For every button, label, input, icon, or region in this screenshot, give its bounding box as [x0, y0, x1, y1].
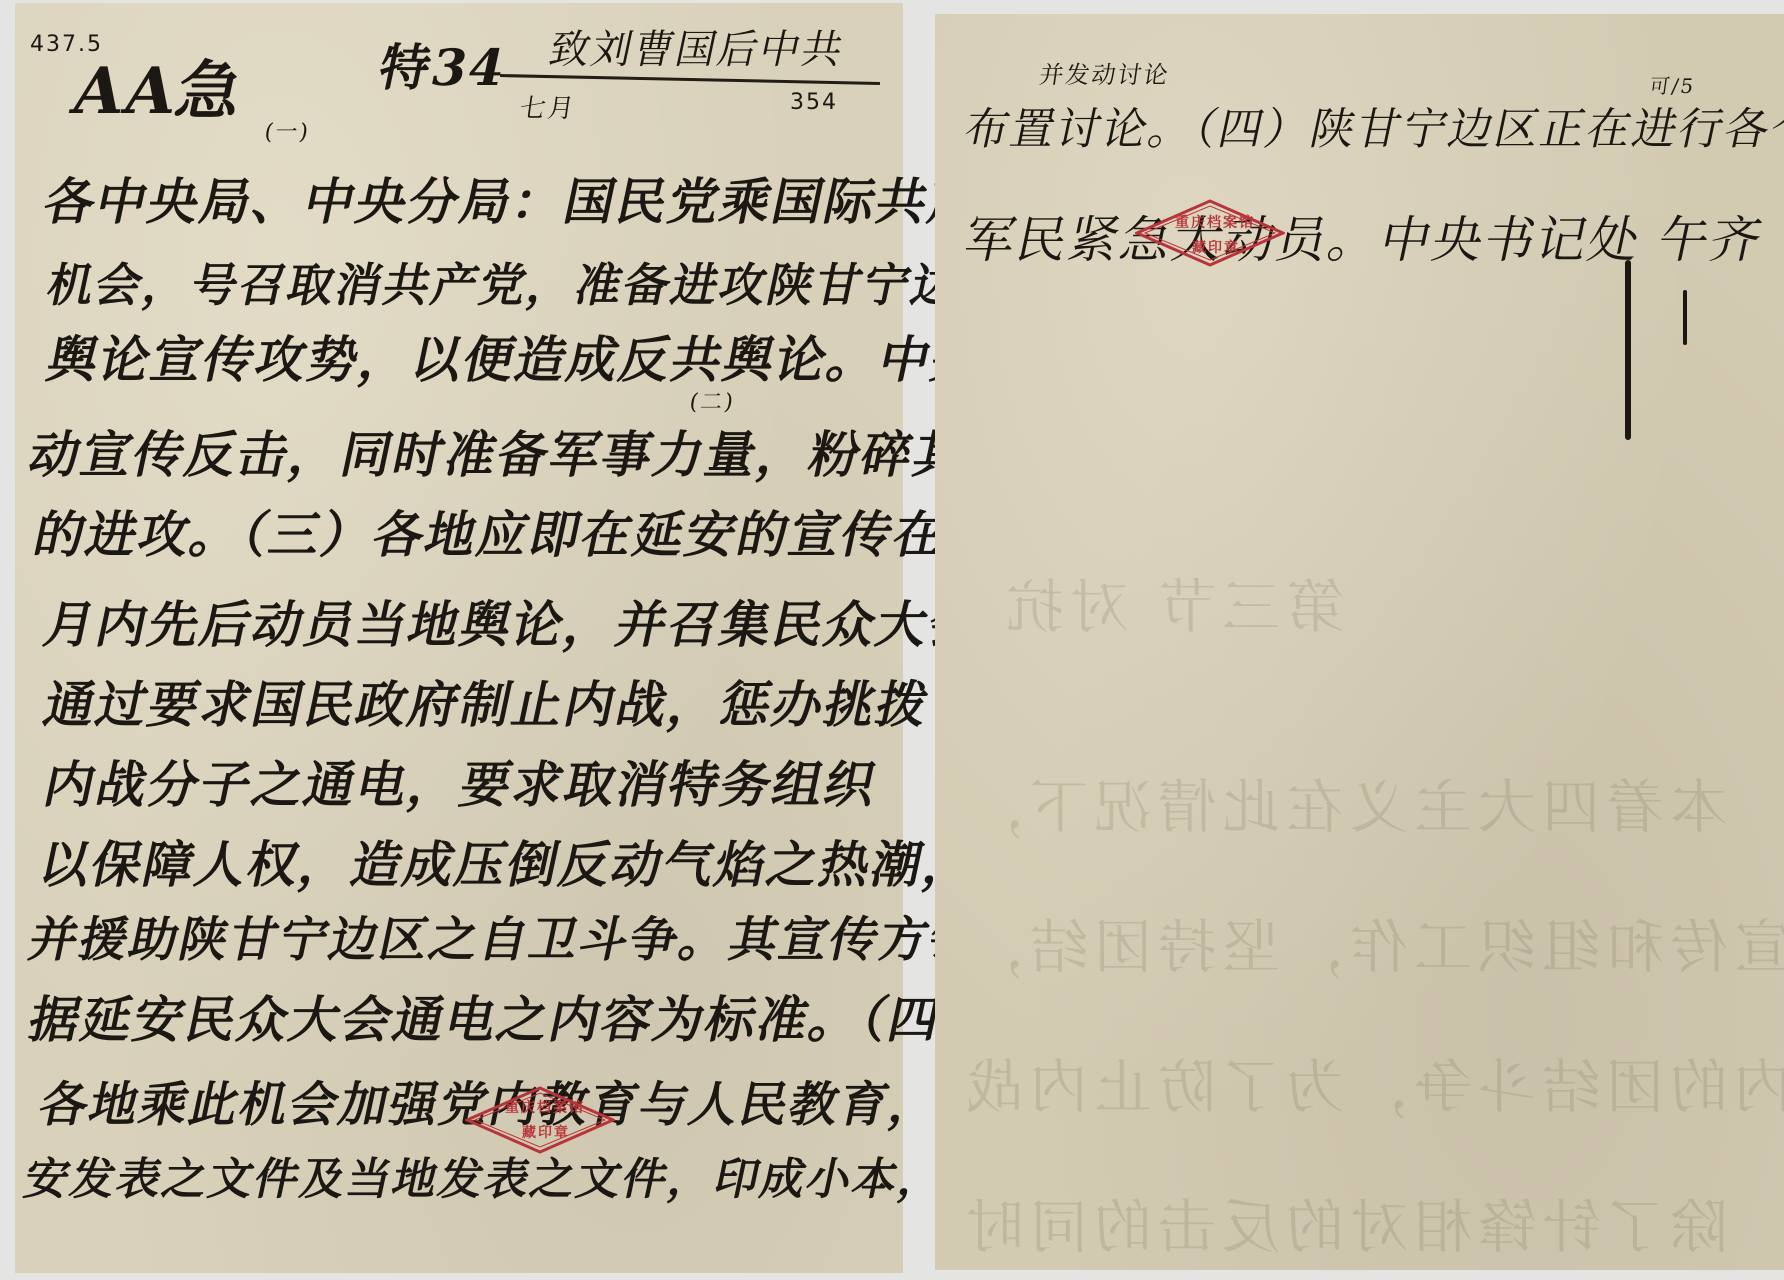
header-mark: 特34: [374, 38, 512, 98]
right-text-line: 布置讨论。（四）陕甘宁边区正在进行各个区各界人士之: [959, 100, 1784, 160]
archive-stamp-right: [1135, 198, 1285, 268]
text-line: 通过要求国民政府制止内战，惩办挑拨: [39, 675, 936, 735]
signature-mark: [1683, 290, 1687, 345]
priority-mark: AA急: [65, 40, 254, 132]
right-annotation-above: 并发动讨论: [1038, 55, 1173, 90]
stamp-text-right-bottom: 藏印章: [1192, 237, 1240, 257]
stamp-text-left-bottom: 藏印章: [522, 1122, 570, 1142]
bleed-line: 第三节 对抗: [1000, 560, 1344, 644]
stamp-text-right-top: 重庆档案馆: [1175, 212, 1255, 232]
section-mark-1: (一): [263, 115, 313, 146]
bleed-line: 除了针锋相对的反击的同时: [960, 1180, 1728, 1264]
text-line: 内战分子之通电，要求取消特务组织: [39, 755, 884, 815]
signature-stroke: [1625, 260, 1631, 440]
text-line: 月内先后动员当地舆论，并召集民众大会议，: [39, 595, 1092, 655]
archive-stamp-left: [465, 1085, 615, 1155]
text-line: 安发表之文件及当地发表之文件，印成小本，统予散: [19, 1150, 1090, 1210]
text-line: 并援助陕甘宁边区之自卫斗争。其宣传方针根: [24, 910, 1037, 970]
bleed-line: 本着四大主义在此情况下，: [960, 760, 1728, 844]
bleed-line: 发动宣传和组织工作，坚持团结，: [960, 900, 1784, 984]
bleed-line: 国内的团结斗争，为了防止内战: [960, 1040, 1784, 1124]
diamond-stamp-icon: [465, 1085, 615, 1155]
text-line: 据延安民众大会通电之内容为标准。（四）: [24, 990, 1000, 1050]
right-text-line: 军民紧急大动员。中央书记处 午齐: [959, 210, 1770, 270]
header-sub-left: 七月: [517, 88, 578, 125]
header-sub-right: 354: [790, 90, 838, 115]
text-line: 以保障人权，造成压倒反动气焰之热潮，: [34, 835, 983, 895]
diamond-stamp-icon: [1135, 198, 1285, 268]
header-underlined-text: 致刘曹国后中共: [544, 20, 851, 80]
text-line: 的进攻。（三）各地应即在延安的宣传在七: [29, 505, 1005, 565]
right-corner-annotation: 可/5: [1648, 70, 1698, 99]
stamp-text-left-top: 重庆档案馆: [505, 1097, 585, 1117]
text-line: 动宣传反击，同时准备军事力量，粉碎其可能: [24, 425, 1077, 485]
